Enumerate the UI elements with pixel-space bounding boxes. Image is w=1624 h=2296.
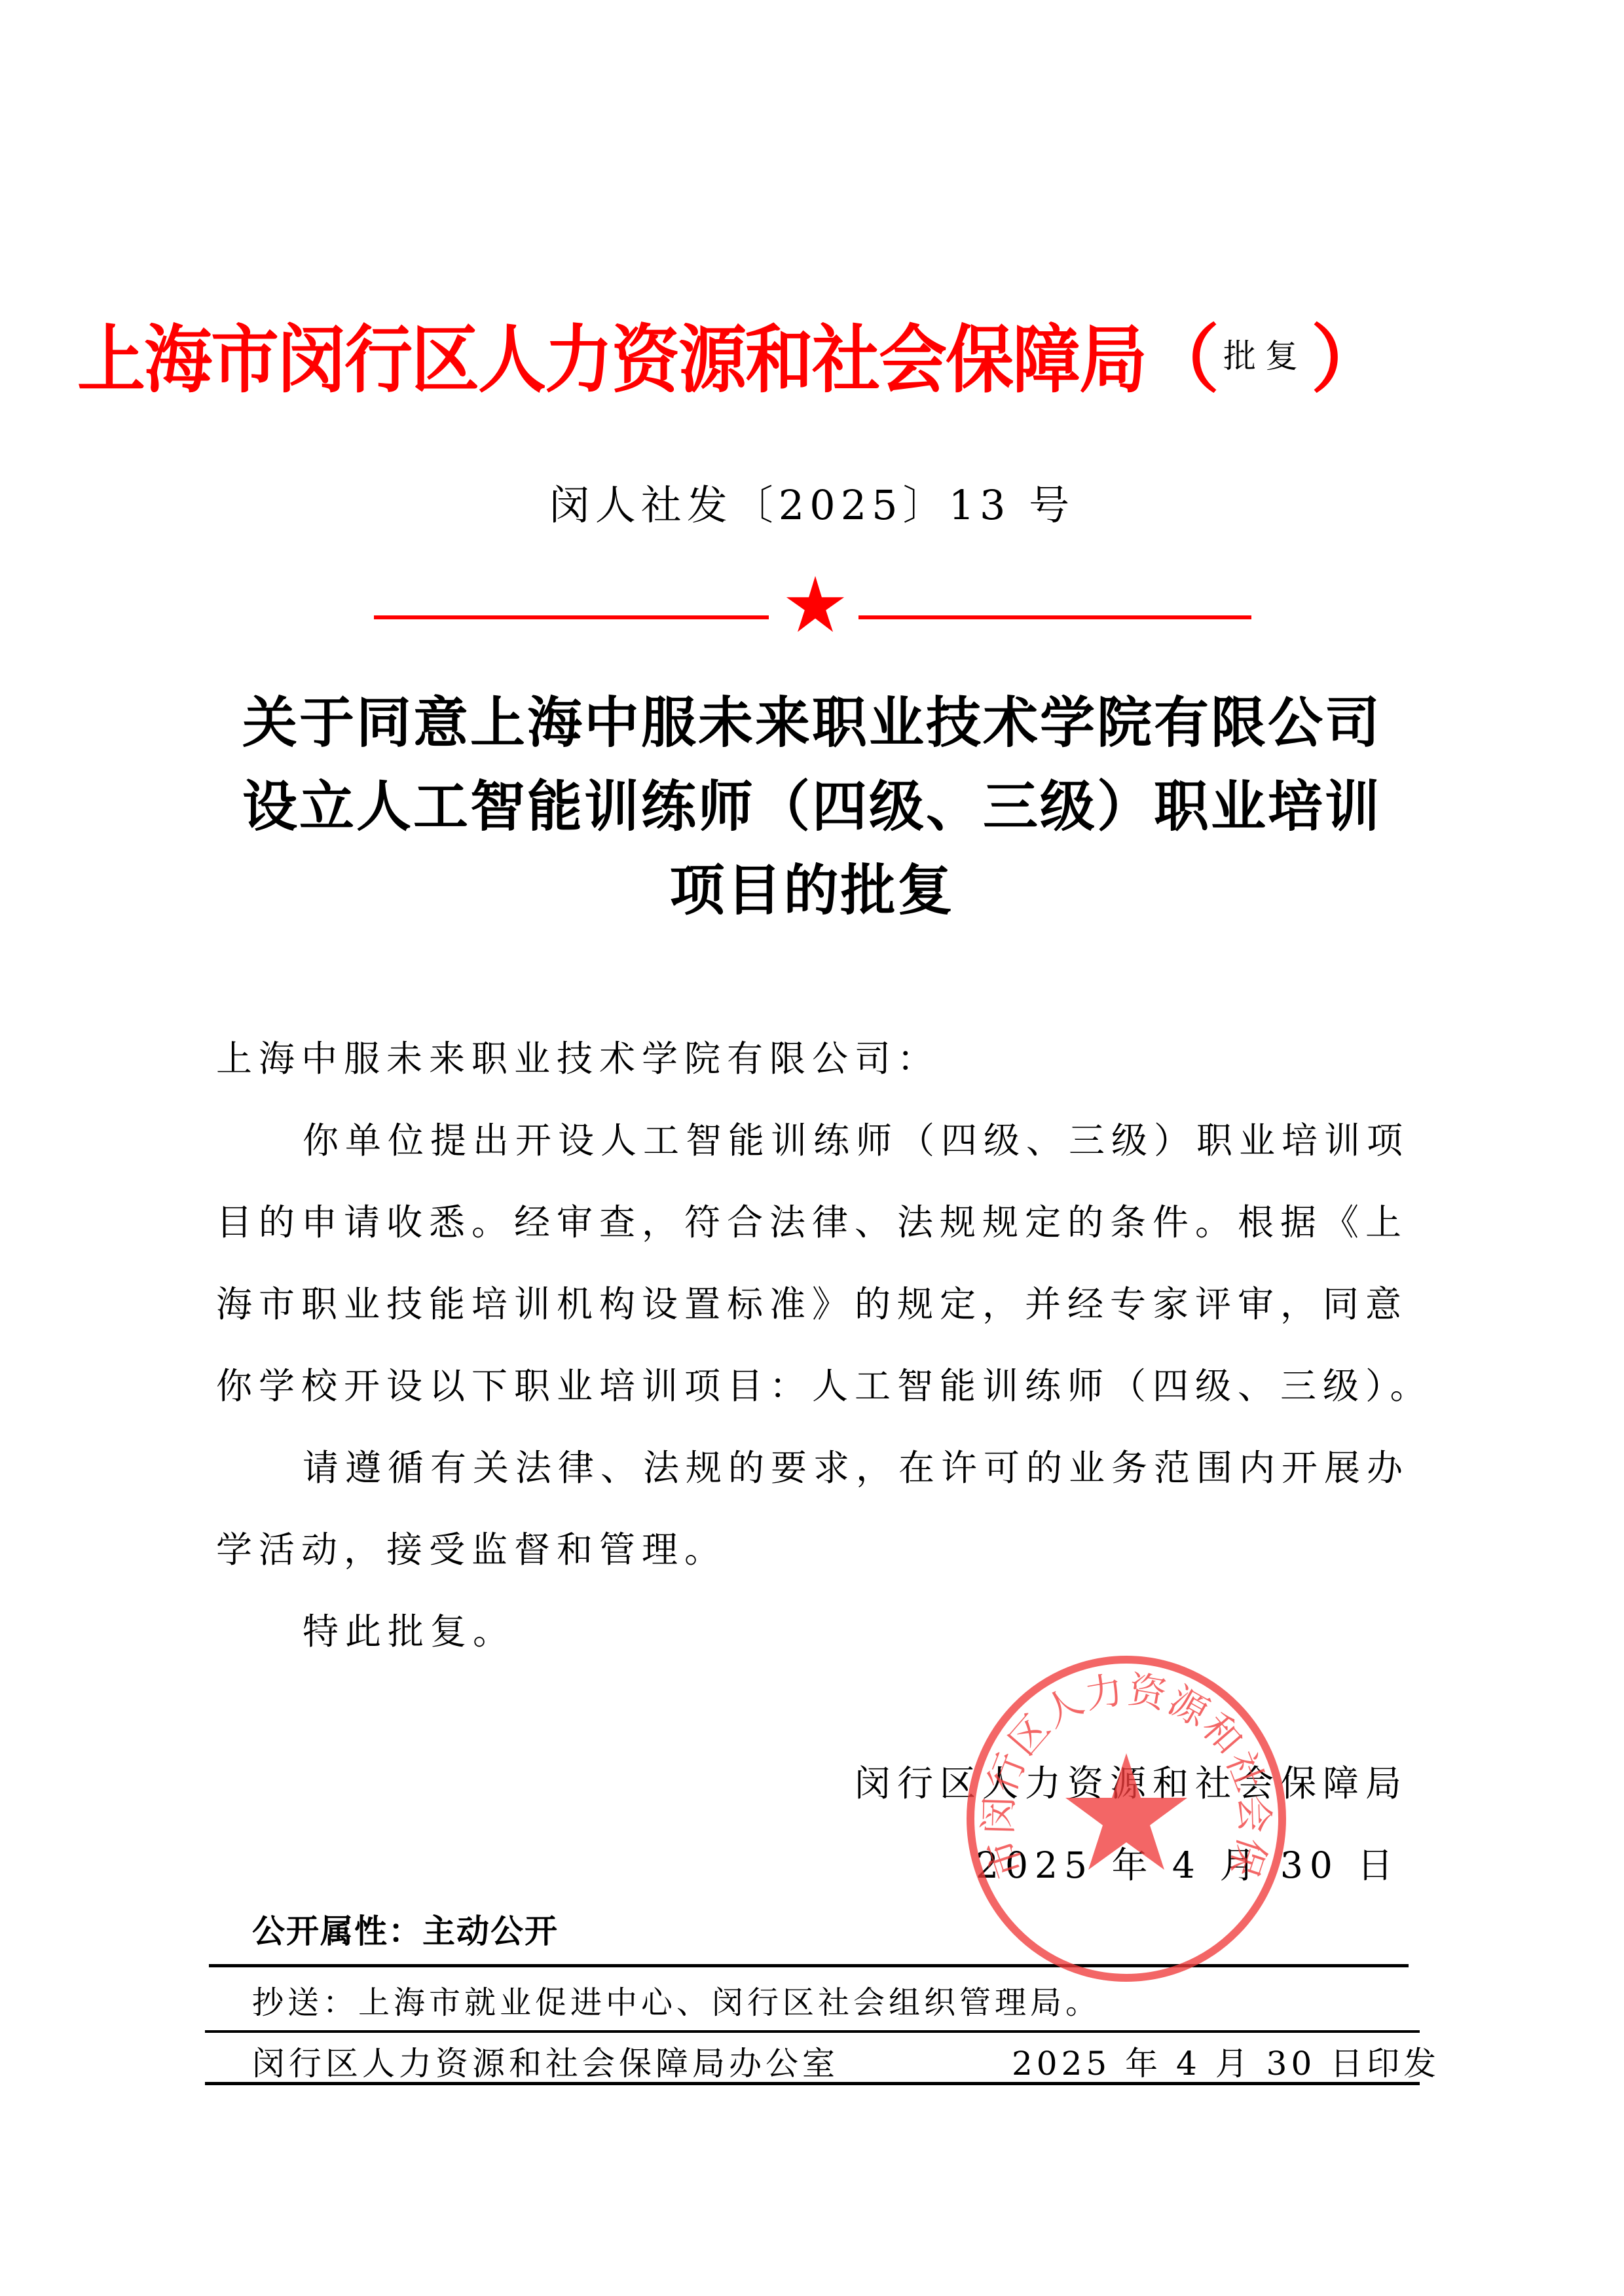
footer-rule-bottom xyxy=(205,2082,1420,2085)
signature-date: 2025 年 4 月 30 日 xyxy=(976,1836,1399,1888)
paren-close: ） xyxy=(1311,301,1384,407)
issuing-office: 闵行区人力资源和社会保障局办公室 xyxy=(252,2037,839,2085)
print-date: 2025 年 4 月 30 日印发 xyxy=(1012,2037,1440,2085)
body-line: 学活动，接受监督和管理。 xyxy=(216,1509,1414,1591)
disclosure-attribute: 公开属性：主动公开 xyxy=(252,1905,559,1952)
title-line: 设立人工智能训练师（四级、三级）职业培训 xyxy=(0,765,1624,848)
body-line: 你学校开设以下职业培训项目：人工智能训练师（四级、三级）。 xyxy=(216,1345,1414,1427)
document-body: 上海中服未来职业技术学院有限公司： 你单位提出开设人工智能训练师（四级、三级）职… xyxy=(216,1018,1414,1673)
red-star-icon xyxy=(786,575,845,634)
body-line: 海市职业技能培训机构设置标准》的规定，并经专家评审，同意 xyxy=(216,1264,1414,1345)
addressee: 上海中服未来职业技术学院有限公司： xyxy=(216,1018,1414,1100)
footer-rule-top xyxy=(209,1964,1409,1967)
red-rule-left xyxy=(374,615,769,619)
body-line: 目的申请收悉。经审查，符合法律、法规规定的条件。根据《上 xyxy=(216,1182,1414,1264)
cc-list: 抄送：上海市就业促进中心、闵行区社会组织管理局。 xyxy=(252,1977,1101,2022)
issuing-org-name: 上海市闵行区人力资源和社会保障局 xyxy=(77,301,1146,407)
title-line: 关于同意上海中服未来职业技术学院有限公司 xyxy=(0,681,1624,765)
closing-line: 特此批复。 xyxy=(216,1591,1414,1673)
official-seal-icon: 上海市闵行区人力资源和社会保障局 xyxy=(963,1655,1290,1982)
body-line: 请遵循有关法律、法规的要求，在许可的业务范围内开展办 xyxy=(216,1427,1414,1509)
footer-rule-middle xyxy=(205,2030,1420,2033)
letterhead: 上海市闵行区人力资源和社会保障局 （ 批复 ） xyxy=(77,308,1583,399)
title-line: 项目的批复 xyxy=(0,848,1624,932)
document-kind: 批复 xyxy=(1223,330,1307,377)
body-line: 你单位提出开设人工智能训练师（四级、三级）职业培训项 xyxy=(216,1100,1414,1182)
document-title: 关于同意上海中服未来职业技术学院有限公司 设立人工智能训练师（四级、三级）职业培… xyxy=(0,681,1624,932)
red-rule-right xyxy=(858,615,1251,619)
document-number: 闵人社发〔2025〕13 号 xyxy=(0,473,1624,531)
signature-org: 闵行区人力资源和社会保障局 xyxy=(855,1755,1408,1806)
paren-open: （ xyxy=(1146,301,1219,407)
